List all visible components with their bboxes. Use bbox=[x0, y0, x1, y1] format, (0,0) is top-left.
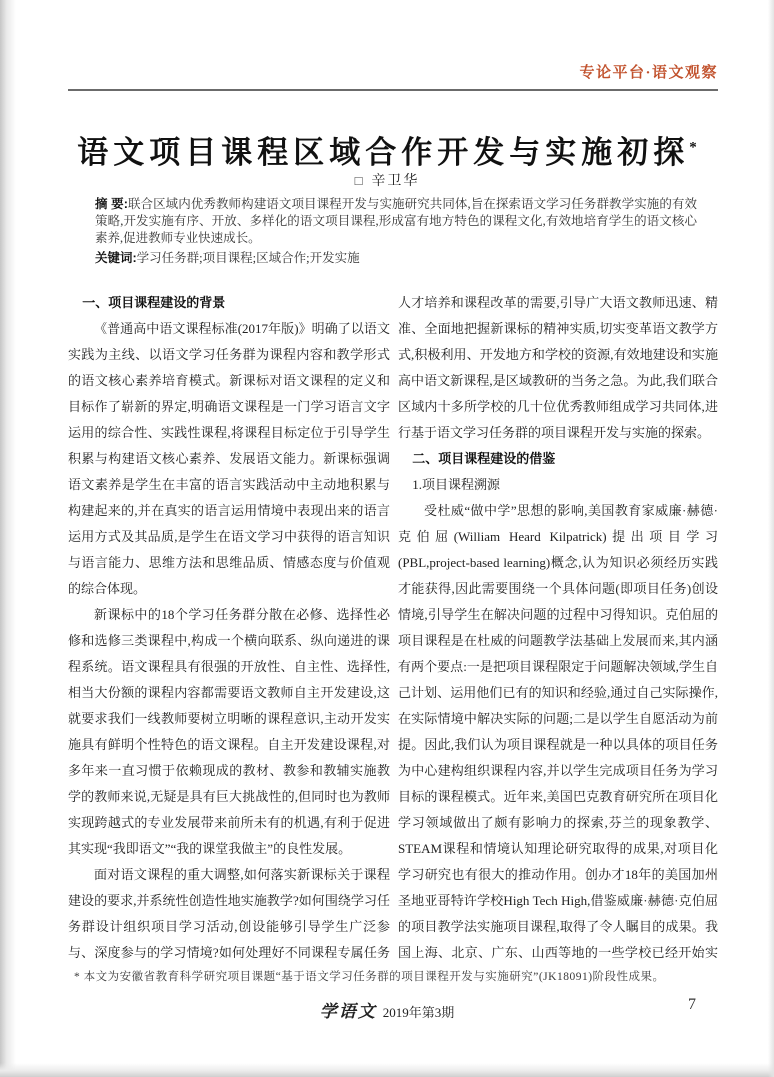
section-heading-2: 二、项目课程建设的借鉴 bbox=[398, 446, 718, 472]
body-column-left: 一、项目课程建设的背景 《普通高中语文课程标准(2017年版)》明确了以语文实践… bbox=[68, 290, 390, 966]
abstract-paragraph: 摘 要:联合区域内优秀教师构建语文项目课程开发与实施研究共同体,旨在探索语文学习… bbox=[95, 196, 697, 247]
body-column-right: 人才培养和课程改革的需要,引导广大语文教师迅速、精准、全面地把握新课标的精神实质… bbox=[398, 290, 718, 966]
issue-label: 2019年第3期 bbox=[383, 1005, 455, 1020]
subsection-heading: 1.项目课程溯源 bbox=[398, 472, 718, 498]
page-footer: 学语文2019年第3期 bbox=[0, 997, 774, 1022]
journal-name: 学语文 bbox=[320, 1002, 377, 1021]
abstract-label: 摘 要: bbox=[95, 197, 128, 211]
keywords-label: 关键词: bbox=[95, 251, 137, 265]
paragraph: 受杜威“做中学”思想的影响,美国教育家威廉·赫德·克伯屈(William Hea… bbox=[398, 498, 718, 966]
page-edge-shadow-bottom bbox=[0, 1063, 774, 1077]
abstract-block: 摘 要:联合区域内优秀教师构建语文项目课程开发与实施研究共同体,旨在探索语文学习… bbox=[95, 196, 697, 267]
keywords-line: 关键词:学习任务群;项目课程;区域合作;开发实施 bbox=[95, 250, 697, 267]
title-footnote-mark: * bbox=[689, 139, 697, 155]
journal-section-label: 专论平台·语文观察 bbox=[579, 61, 718, 82]
paragraph: 新课标中的18个学习任务群分散在必修、选择性必修和选修三类课程中,构成一个横向联… bbox=[68, 602, 390, 862]
paragraph: 《普通高中语文课程标准(2017年版)》明确了以语文实践为主线、以语文学习任务群… bbox=[68, 316, 390, 602]
author-box-mark: □ bbox=[355, 173, 365, 188]
paragraph: 面对语文课程的重大调整,如何落实新课标关于课程建设的要求,并系统性创造性地实施教… bbox=[68, 862, 390, 966]
author-line: □辛卫华 bbox=[0, 170, 774, 190]
header-rule bbox=[68, 89, 718, 91]
footnote: * 本文为安徽省教育科学研究项目课题“基于语文学习任务群的项目课程开发与实施研究… bbox=[74, 970, 718, 985]
abstract-text: 联合区域内优秀教师构建语文项目课程开发与实施研究共同体,旨在探索语文学习任务群教… bbox=[95, 197, 697, 245]
paragraph-continued: 人才培养和课程改革的需要,引导广大语文教师迅速、精准、全面地把握新课标的精神实质… bbox=[398, 290, 718, 446]
paper-page: 专论平台·语文观察 语文项目课程区域合作开发与实施初探* □辛卫华 摘 要:联合… bbox=[0, 0, 774, 1077]
keywords-text: 学习任务群;项目课程;区域合作;开发实施 bbox=[137, 251, 360, 265]
page-number: 7 bbox=[688, 996, 696, 1014]
paper-title-text: 语文项目课程区域合作开发与实施初探 bbox=[77, 135, 689, 170]
paper-title: 语文项目课程区域合作开发与实施初探* bbox=[0, 127, 774, 172]
author-name: 辛卫华 bbox=[371, 174, 419, 189]
section-heading-1: 一、项目课程建设的背景 bbox=[68, 290, 390, 316]
